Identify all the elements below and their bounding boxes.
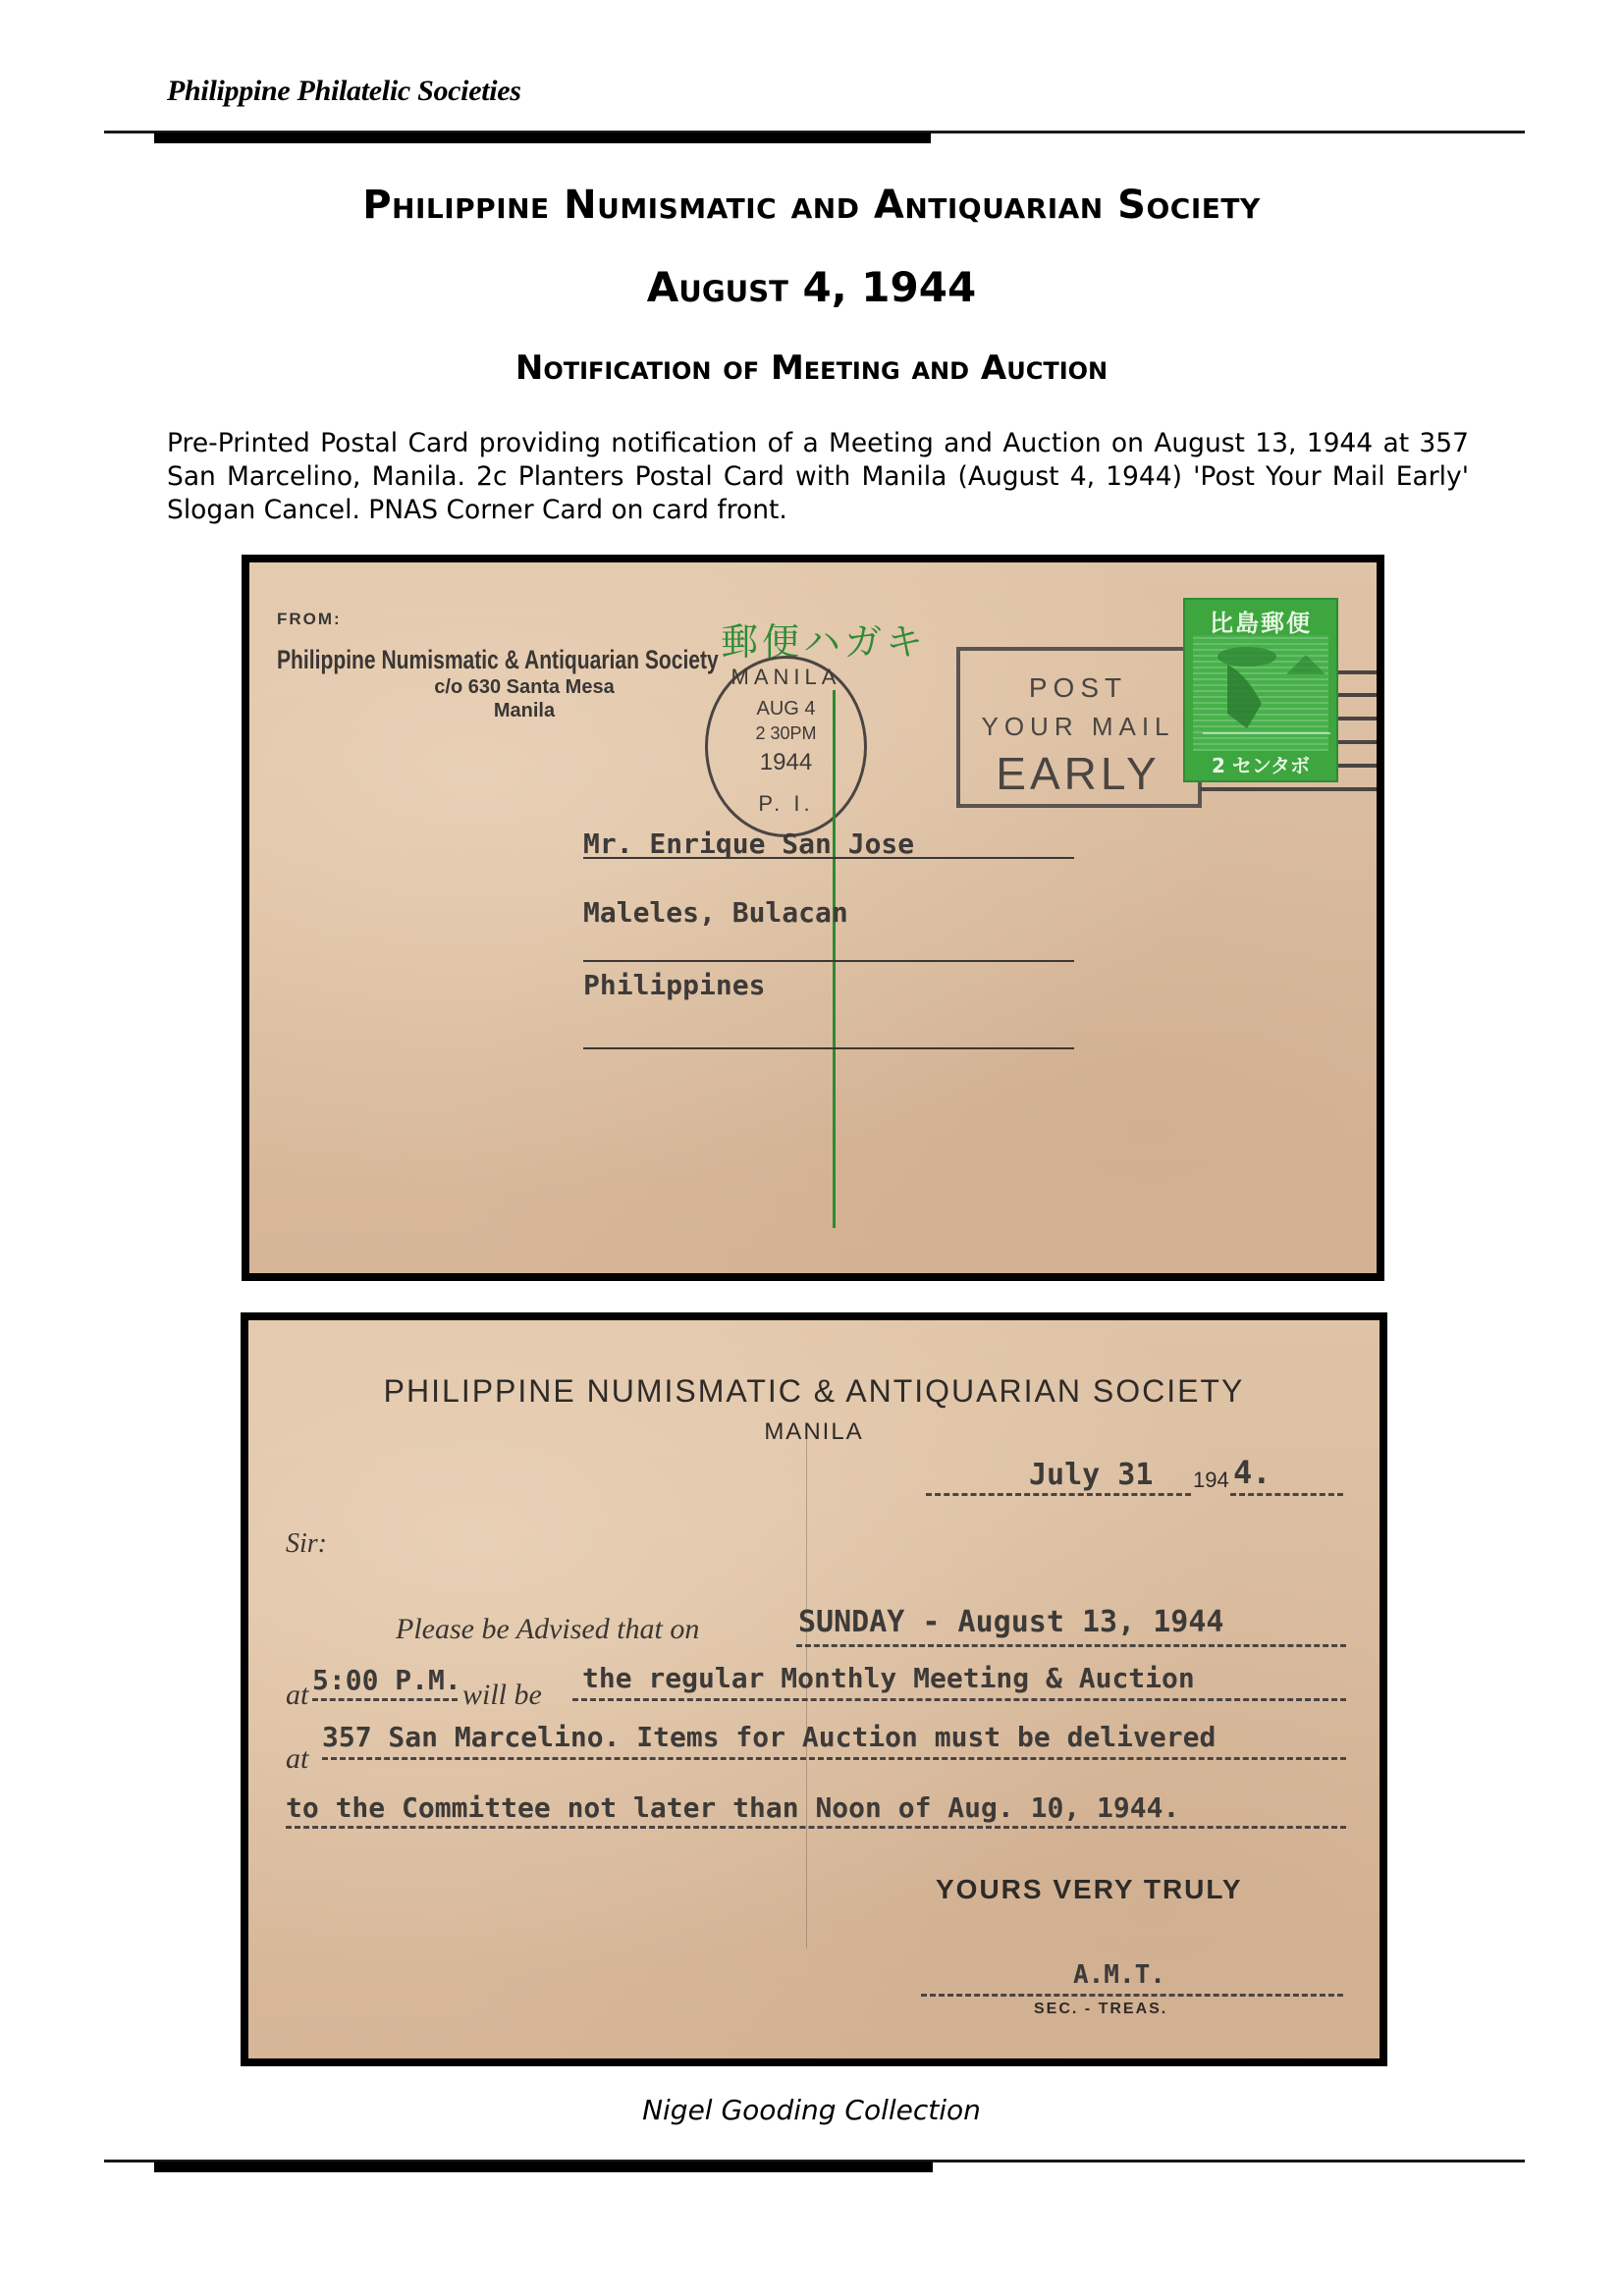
form-at-2: at [286,1742,308,1776]
typed-place: 357 San Marcelino. Items for Auction mus… [322,1721,1216,1753]
slogan-line-3: EARLY [960,747,1196,800]
slogan-line-2: YOUR MAIL [960,712,1196,742]
letter-date: July 31 [1029,1458,1153,1492]
form-underline [322,1757,1346,1760]
year-prefix: 194 [1193,1468,1229,1493]
header-thick-bar [154,133,931,143]
stamp-top-text: 比島郵便 [1185,604,1336,638]
recipient-name: Mr. Enrique San Jose [583,828,914,860]
letterhead-city: MANILA [248,1418,1380,1446]
typed-event: the regular Monthly Meeting & Auction [582,1662,1195,1694]
stamp-value-text: 2 センタボ [1185,750,1336,778]
form-will-be: will be [462,1679,542,1712]
address-underline-2 [583,960,1074,962]
page-title: Philippine Numismatic and Antiquarian So… [0,183,1623,228]
postmark-time: 2 30PM [708,723,864,744]
slogan-line-1: POST [960,672,1196,704]
form-underline [796,1644,1346,1647]
year-suffix: 4. [1233,1454,1271,1491]
manila-postmark: MANILA AUG 4 2 30PM 1944 P. I. [705,656,867,837]
description-paragraph: Pre-Printed Postal Card providing notifi… [167,427,1469,527]
postal-card-back: PHILIPPINE NUMISMATIC & ANTIQUARIAN SOCI… [241,1312,1387,2066]
postmark-year: 1944 [708,749,864,776]
postal-stamp-2c-planters: 比島郵便 2 センタボ [1183,598,1338,782]
from-label: FROM: [277,610,342,629]
address-underline-3 [583,1047,1074,1049]
farmer-planting-icon [1193,635,1332,753]
page-date: August 4, 1944 [0,263,1623,311]
signature-underline [921,1994,1343,1997]
postmark-date: AUG 4 [708,698,864,721]
japanese-postcard-label: 郵便ハガキ [721,612,927,666]
address-divider-line [833,690,836,1228]
salutation: Sir: [286,1528,327,1560]
slogan-cancel-box: POST YOUR MAIL EARLY [956,647,1202,808]
typed-meeting-date: SUNDAY - August 13, 1944 [798,1605,1223,1639]
date-underline [926,1493,1191,1496]
address-underline-1 [583,857,1074,859]
form-underline [572,1698,1346,1701]
planter-scene-icon [1193,635,1328,751]
year-underline [1230,1493,1343,1496]
form-at: at [286,1679,308,1712]
postmark-city: MANILA [708,665,864,690]
postmark-country: P. I. [708,791,864,817]
form-please-advised: Please be Advised that on [396,1613,699,1646]
signature-title: SEC. - TREAS. [1034,2001,1167,2018]
letterhead-society: PHILIPPINE NUMISMATIC & ANTIQUARIAN SOCI… [248,1373,1380,1410]
typed-meeting-time: 5:00 P.M. [312,1664,461,1696]
page-subtitle: Notification of Meeting and Auction [0,348,1623,388]
collection-caption: Nigel Gooding Collection [0,2094,1623,2126]
recipient-country: Philippines [583,969,765,1001]
sender-name-text: Philippine Numismatic & Antiquarian Soci… [277,645,719,675]
form-underline [286,1826,1346,1829]
running-head: Philippine Philatelic Societies [167,75,521,108]
typed-deadline: to the Committee not later than Noon of … [286,1791,1179,1824]
form-underline [312,1698,458,1701]
cancel-line [1200,787,1384,791]
recipient-city: Maleles, Bulacan [583,896,848,929]
signature: A.M.T. [1073,1960,1165,1990]
footer-thick-bar [154,2162,933,2172]
postal-card-front: FROM: Philippine Numismatic & Antiquaria… [242,555,1384,1281]
closing: YOURS VERY TRULY [936,1874,1243,1905]
